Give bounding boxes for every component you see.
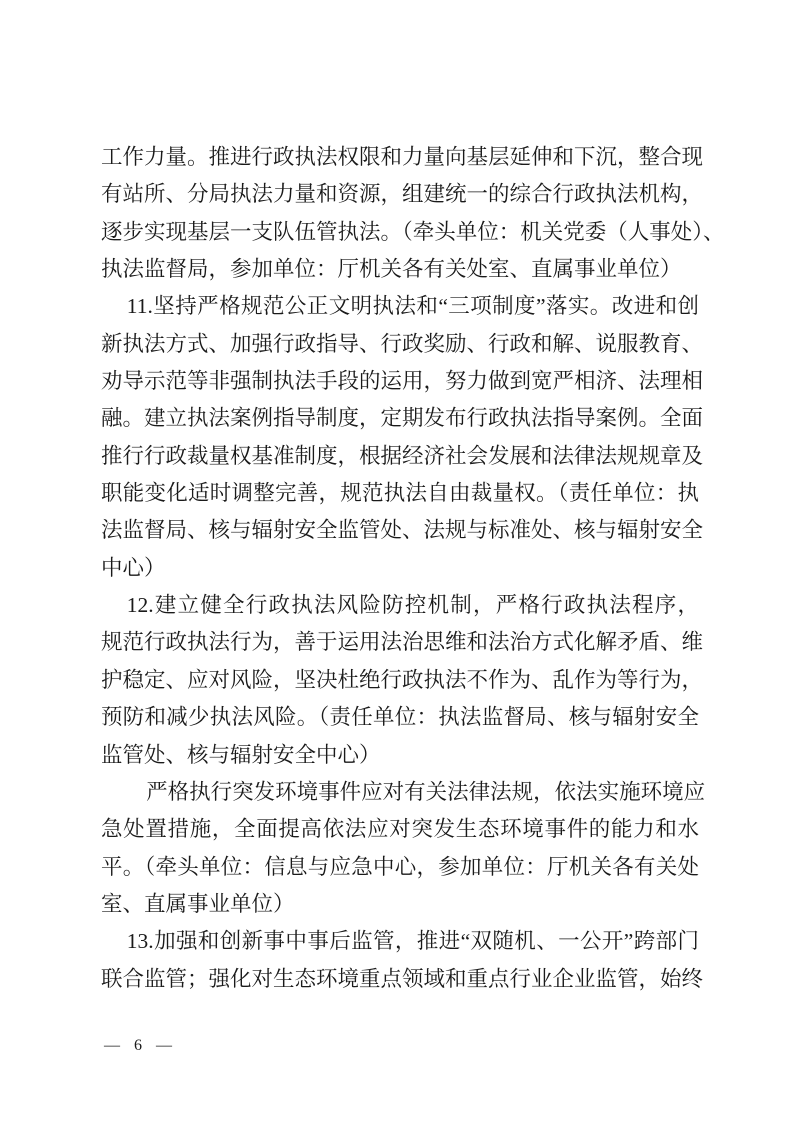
text-line: 职能变化适时调整完善，规范执法自由裁量权。（责任单位：执 — [101, 475, 699, 512]
text-line: 工作力量。推进行政执法权限和力量向基层延伸和下沉，整合现 — [101, 139, 699, 176]
text-line: 规范行政执法行为，善于运用法治思维和法治方式化解矛盾、维 — [101, 624, 699, 661]
text-line: 严格执行突发环境事件应对有关法律法规，依法实施环境应 — [101, 774, 699, 811]
page-number: — 6 — — [104, 1037, 174, 1054]
text-line: 新执法方式、加强行政指导、行政奖励、行政和解、说服教育、 — [101, 326, 699, 363]
text-line: 预防和减少执法风险。（责任单位：执法监督局、核与辐射安全 — [101, 699, 699, 736]
text-line: 推行行政裁量权基准制度，根据经济社会发展和法律法规规章及 — [101, 438, 699, 475]
text-line: 逐步实现基层一支队伍管执法。（牵头单位：机关党委（人事处）、 — [101, 214, 699, 251]
text-line: 联合监管；强化对生态环境重点领域和重点行业企业监管，始终 — [101, 961, 699, 998]
text-line: 融。建立执法案例指导制度，定期发布行政执法指导案例。全面 — [101, 400, 699, 437]
text-line: 护稳定、应对风险，坚决杜绝行政执法不作为、乱作为等行为， — [101, 662, 699, 699]
text-line: 执法监督局，参加单位：厅机关各有关处室、直属事业单位） — [101, 251, 699, 288]
text-line: 有站所、分局执法力量和资源，组建统一的综合行政执法机构， — [101, 176, 699, 213]
text-line: 室、直属事业单位） — [101, 886, 699, 923]
text-line: 劝导示范等非强制执法手段的运用，努力做到宽严相济、法理相 — [101, 363, 699, 400]
text-line: 13.加强和创新事中事后监管，推进“双随机、一公开”跨部门 — [101, 923, 699, 960]
document-page: 工作力量。推进行政执法权限和力量向基层延伸和下沉，整合现有站所、分局执法力量和资… — [0, 0, 793, 1121]
text-line: 监管处、核与辐射安全中心） — [101, 737, 699, 774]
text-line: 中心） — [101, 550, 699, 587]
page-footer: — 6 — — [104, 1034, 174, 1058]
document-body: 工作力量。推进行政执法权限和力量向基层延伸和下沉，整合现有站所、分局执法力量和资… — [101, 139, 699, 998]
text-line: 11.坚持严格规范公正文明执法和“三项制度”落实。改进和创 — [101, 288, 699, 325]
text-line: 平。（牵头单位：信息与应急中心，参加单位：厅机关各有关处 — [101, 849, 699, 886]
text-line: 急处置措施，全面提高依法应对突发生态环境事件的能力和水 — [101, 811, 699, 848]
text-line: 法监督局、核与辐射安全监管处、法规与标准处、核与辐射安全 — [101, 512, 699, 549]
text-line: 12.建立健全行政执法风险防控机制，严格行政执法程序， — [101, 587, 699, 624]
